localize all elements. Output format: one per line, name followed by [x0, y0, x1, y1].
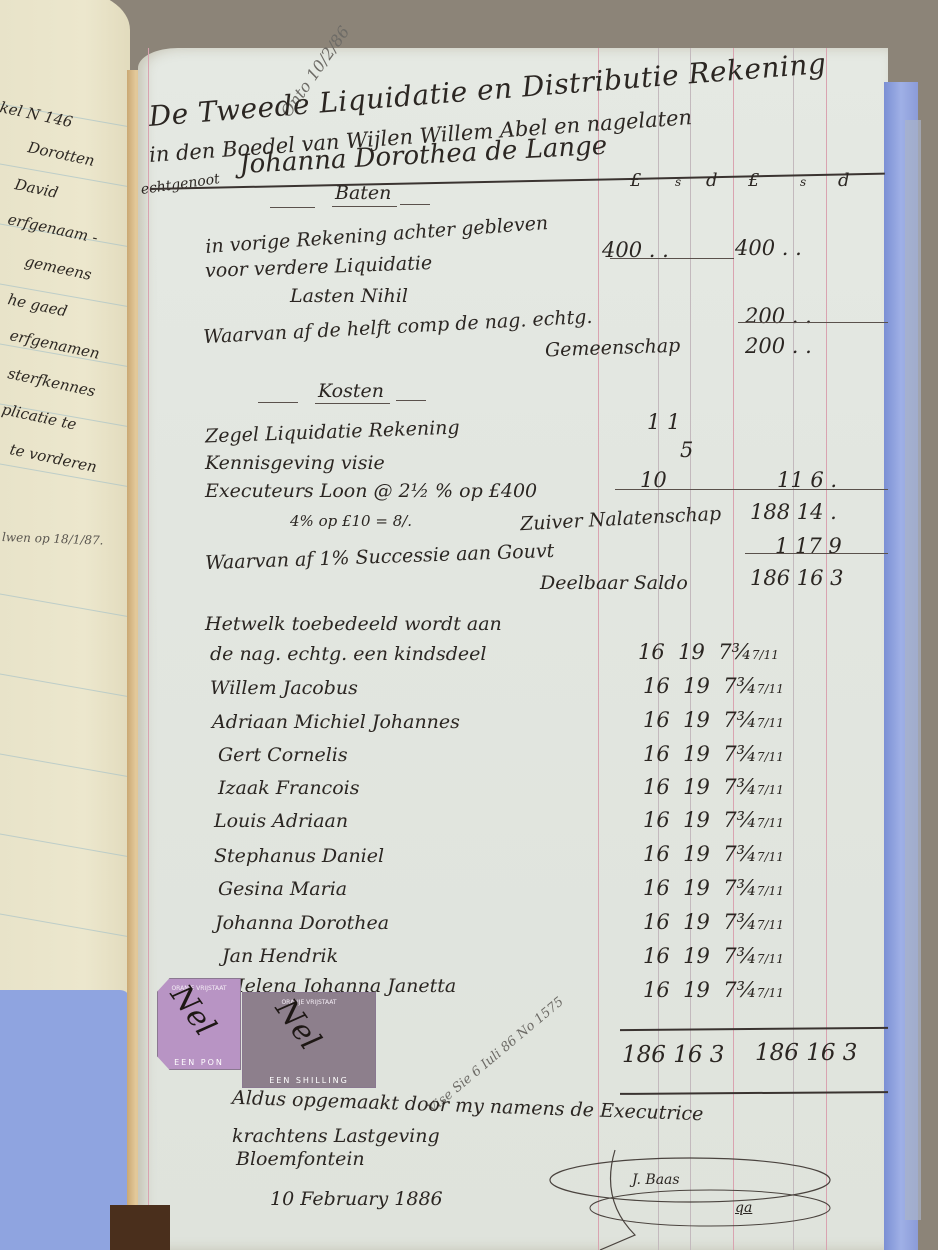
- revenue-stamp-een-pond: ORANJE VRIJSTAAT Nel EEN PON: [157, 978, 241, 1070]
- heir-share: 16 19 7¾7/11: [643, 775, 784, 799]
- heir-share: 16 19 7¾7/11: [643, 742, 784, 766]
- desk-surface: [110, 1205, 170, 1250]
- baten-line: Lasten Nihil: [290, 285, 408, 307]
- heir-name: Louis Adriaan: [214, 810, 348, 832]
- page-edge-tabs: [905, 120, 921, 1220]
- col-header-shillings-2: s: [800, 175, 806, 189]
- baten-amount-col2: 400 . .: [735, 236, 802, 260]
- heir-name: Jan Hendrik: [222, 945, 338, 967]
- heir-name: Stephanus Daniel: [214, 845, 384, 867]
- kosten-line: Executeurs Loon @ 2½ % op £400: [205, 480, 537, 502]
- heir-share: 16 19 7¾7/11: [643, 708, 784, 732]
- col-header-shillings: s: [675, 175, 681, 189]
- archival-ledger-photo: kel N 146 Dorotten David erfgenaam - gem…: [0, 0, 938, 1250]
- heir-share: 16 19 7¾7/11: [643, 978, 784, 1002]
- deelbaar-saldo-amount: 186 16 3: [750, 566, 844, 590]
- heir-share: 16 19 7¾7/11: [643, 808, 784, 832]
- col-header-pence: d: [706, 170, 718, 191]
- kosten-amount: 5: [680, 438, 693, 462]
- heir-share: 16 19 7¾7/11: [643, 876, 784, 900]
- col-header-pence-2: d: [838, 170, 850, 191]
- total-col2: 186 16 3: [755, 1040, 857, 1066]
- baten-gemeenschap: Gemeenschap: [545, 335, 681, 362]
- distribution-intro: Hetwelk toebedeeld wordt aan: [205, 613, 502, 635]
- col-header-pounds: £: [630, 170, 641, 191]
- successie-amount: 1 17 9: [775, 534, 842, 558]
- kosten-line: Kennisgeving visie: [205, 452, 385, 474]
- heir-name: Gert Cornelis: [218, 744, 348, 766]
- heir-share: 16 19 7¾7/11: [643, 842, 784, 866]
- baten-heading: Baten: [335, 182, 391, 204]
- kosten-line: 4% op £10 = 8/.: [290, 512, 412, 530]
- heir-name: Adriaan Michiel Johannes: [212, 711, 460, 733]
- heir-share: 16 19 7¾7/11: [638, 640, 779, 664]
- footer-date: 10 February 1886: [270, 1188, 443, 1210]
- zuiver-nalatenschap-amount: 188 14 .: [750, 500, 837, 524]
- signature-flourish: [540, 1140, 840, 1250]
- heir-share: 16 19 7¾7/11: [643, 674, 784, 698]
- heir-name: de nag. echtg. een kindsdeel: [210, 643, 486, 665]
- total-col1: 186 16 3: [622, 1042, 724, 1068]
- signature: J. Baas: [632, 1172, 680, 1188]
- col-header-pounds-2: £: [748, 170, 759, 191]
- footer-line2: krachtens Lastgeving: [232, 1125, 440, 1147]
- deelbaar-saldo-label: Deelbaar Saldo: [540, 572, 688, 594]
- heir-name: Izaak Francois: [218, 777, 359, 799]
- gemeenschap-amount: 200 . .: [745, 334, 812, 358]
- baten-half-amount: 200 . .: [745, 304, 812, 328]
- heir-name: Gesina Maria: [218, 878, 347, 900]
- revenue-stamp-een-shilling: ORANJE VRIJSTAAT Nel EEN SHILLING: [242, 992, 376, 1088]
- signature-suffix: qa: [735, 1200, 752, 1216]
- heir-name: Johanna Dorothea: [215, 912, 389, 934]
- kosten-heading: Kosten: [318, 380, 384, 402]
- heir-share: 16 19 7¾7/11: [643, 944, 784, 968]
- heir-name: Willem Jacobus: [210, 677, 358, 699]
- heir-share: 16 19 7¾7/11: [643, 910, 784, 934]
- footer-place: Bloemfontein: [236, 1148, 365, 1170]
- kosten-amount: 1 1: [647, 410, 680, 434]
